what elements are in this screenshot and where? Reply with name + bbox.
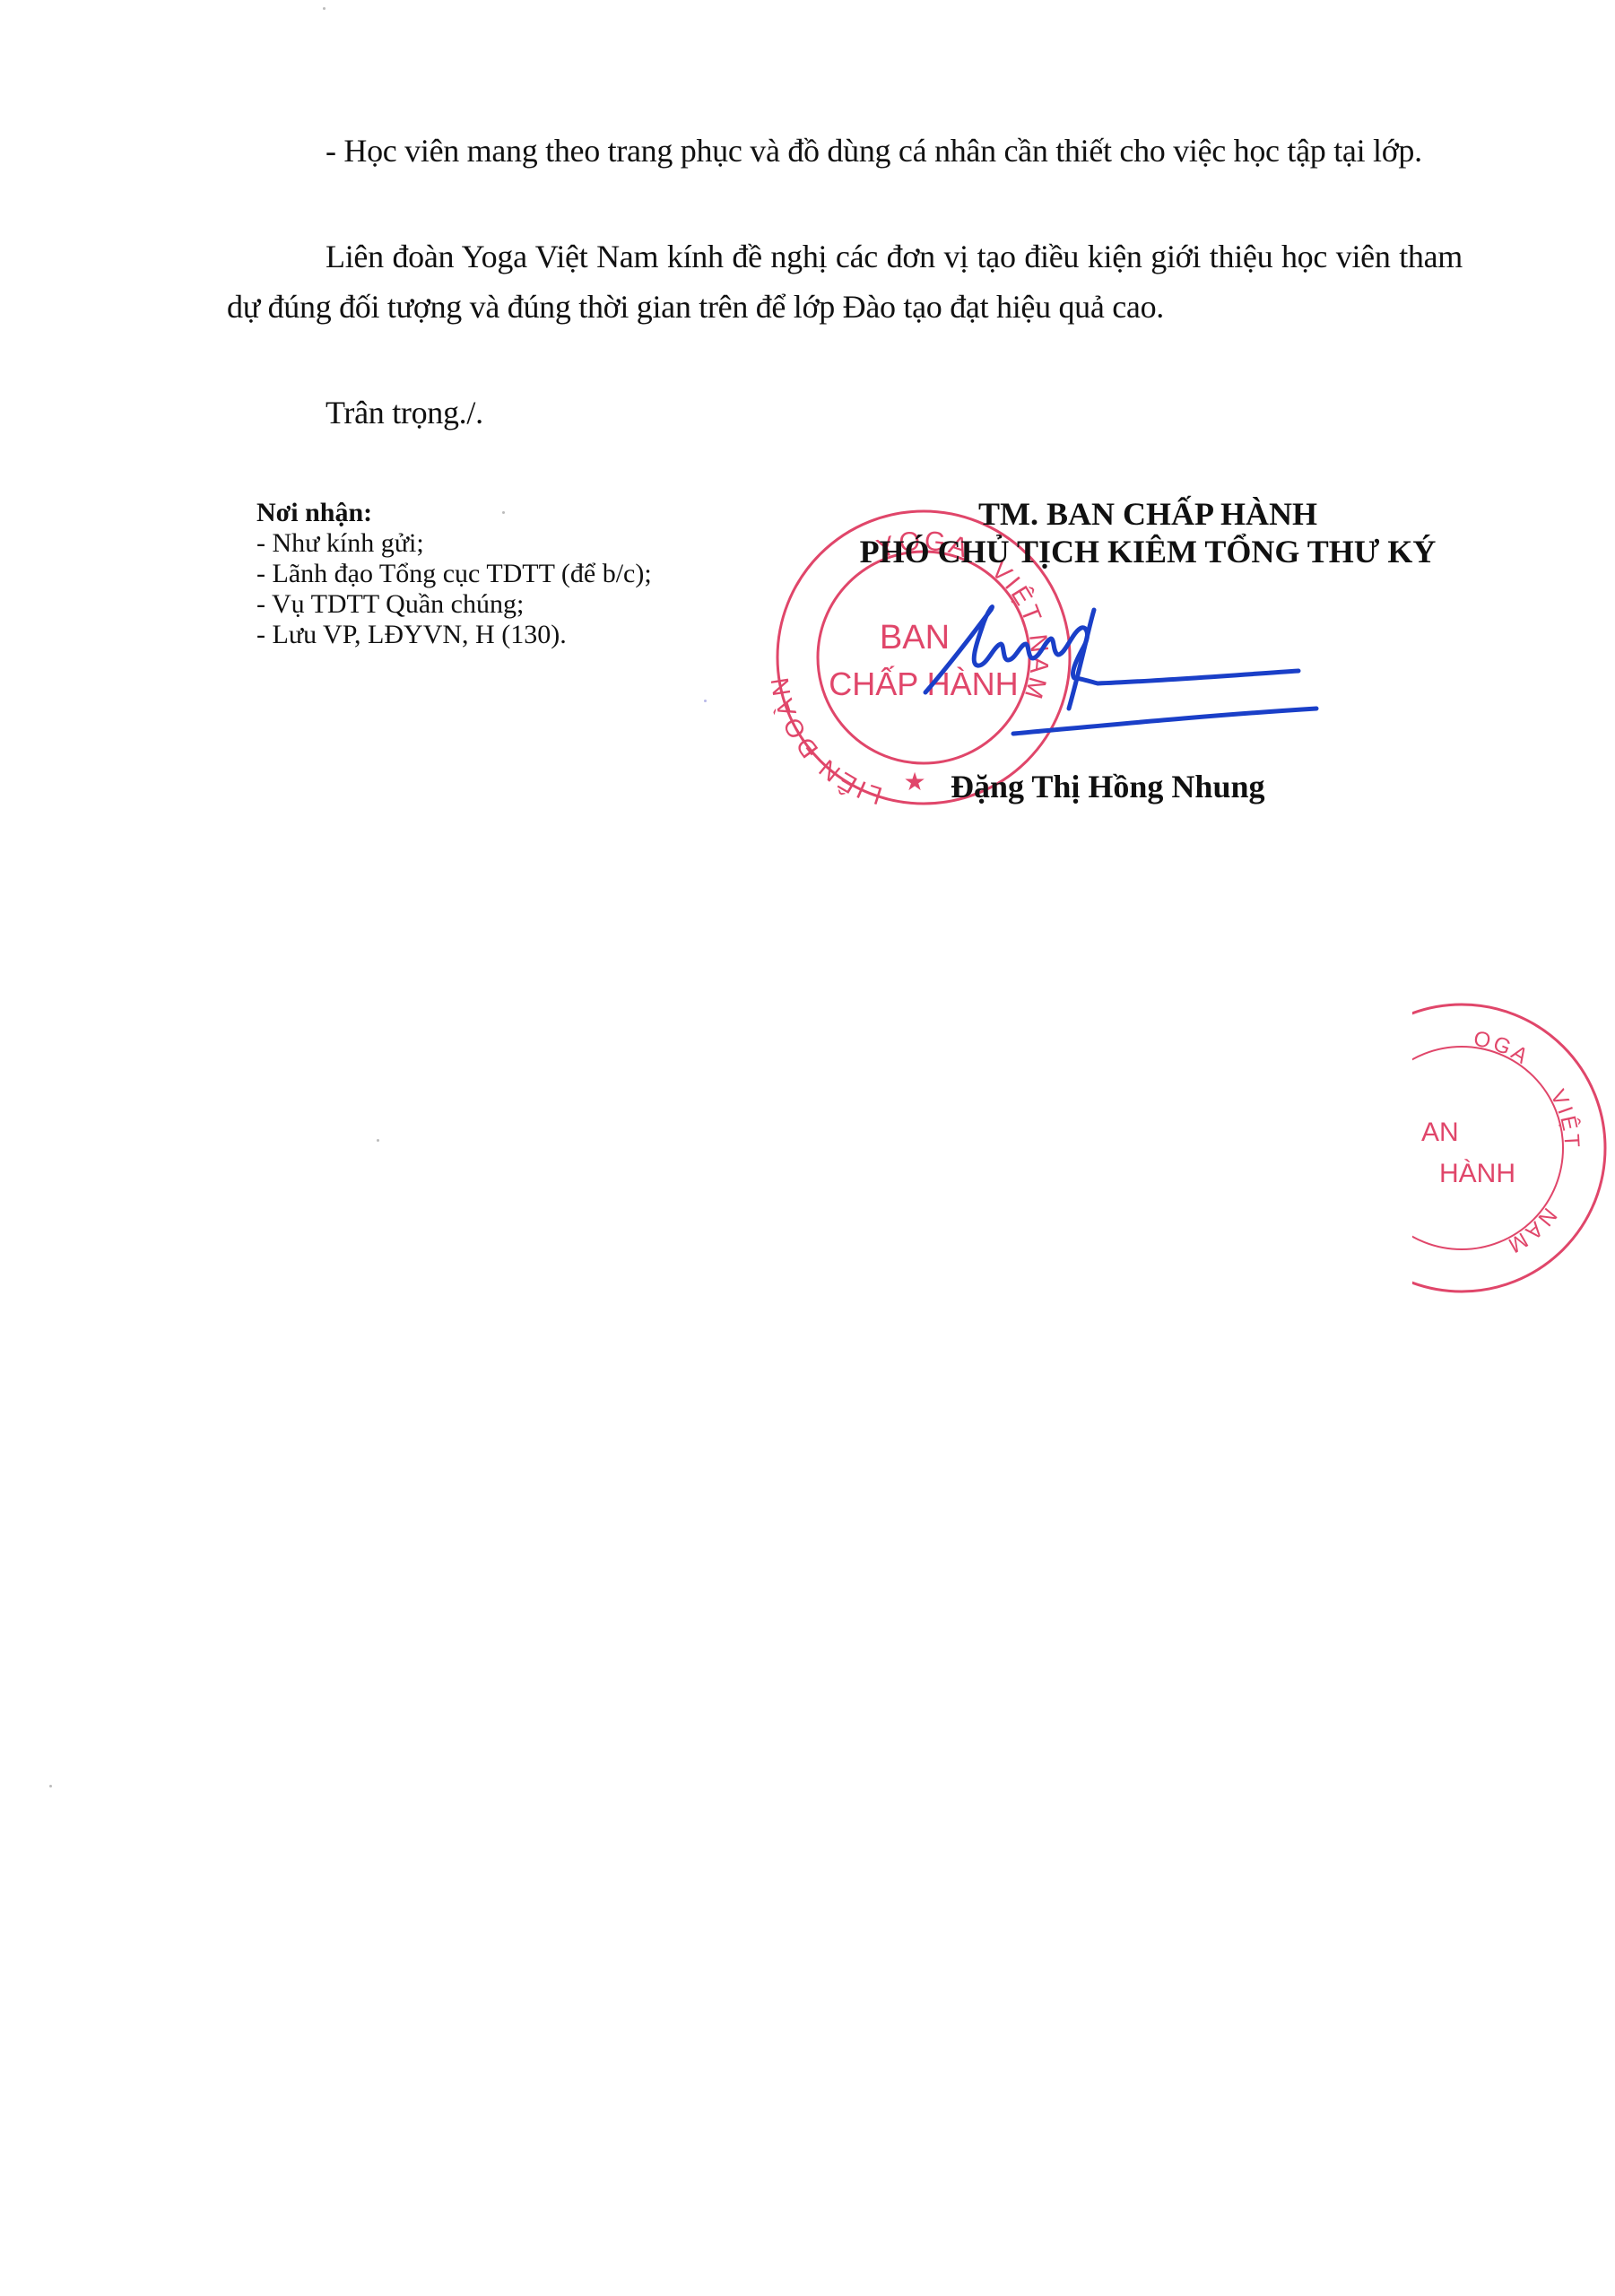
partial-stamp-center-2: HÀNH bbox=[1439, 1159, 1515, 1188]
document-page: - Học viên mang theo trang phục và đồ dù… bbox=[0, 0, 1615, 2296]
svg-text:OGA: OGA bbox=[1472, 1027, 1534, 1070]
scan-speck bbox=[49, 1785, 52, 1787]
signature-line-1: TM. BAN CHẤP HÀNH bbox=[789, 495, 1506, 533]
partial-stamp-text-top: OGA bbox=[1472, 1027, 1534, 1070]
recipient-item: - Lãnh đạo Tổng cục TDTT (để b/c); bbox=[256, 559, 652, 589]
paragraph-request: Liên đoàn Yoga Việt Nam kính đề nghị các… bbox=[227, 231, 1463, 332]
recipient-item: - Vụ TDTT Quần chúng; bbox=[256, 589, 652, 620]
scan-speck bbox=[502, 511, 505, 514]
paragraph-text: Liên đoàn Yoga Việt Nam kính đề nghị các… bbox=[227, 231, 1463, 332]
paragraph-personal-items: - Học viên mang theo trang phục và đồ dù… bbox=[227, 126, 1463, 176]
recipients-block: Nơi nhận: - Như kính gửi; - Lãnh đạo Tổn… bbox=[256, 498, 652, 650]
closing-line: Trân trọng./. bbox=[326, 387, 1561, 438]
scan-speck bbox=[377, 1139, 379, 1142]
paragraph-text: - Học viên mang theo trang phục và đồ dù… bbox=[227, 126, 1463, 176]
partial-stamp-text-right: VIỆT bbox=[1544, 1084, 1588, 1155]
signature-block: TM. BAN CHẤP HÀNH PHÓ CHỦ TỊCH KIÊM TỔNG… bbox=[789, 495, 1506, 570]
handwritten-signature bbox=[915, 592, 1345, 749]
svg-text:NAM: NAM bbox=[1498, 1200, 1564, 1261]
svg-text:VIỆT: VIỆT bbox=[1544, 1084, 1588, 1155]
signature-line-2: PHÓ CHỦ TỊCH KIÊM TỔNG THƯ KÝ bbox=[789, 533, 1506, 570]
scan-speck bbox=[704, 700, 707, 702]
scan-speck bbox=[323, 7, 326, 10]
signer-name: Đặng Thị Hồng Nhung bbox=[951, 768, 1265, 805]
recipient-item: - Như kính gửi; bbox=[256, 528, 652, 559]
recipient-item: - Lưu VP, LĐYVN, H (130). bbox=[256, 620, 652, 650]
closing-text: Trân trọng./. bbox=[326, 395, 483, 430]
partial-stamp-center-1: AN bbox=[1421, 1118, 1459, 1147]
star-icon: ★ bbox=[903, 769, 925, 796]
recipients-title: Nơi nhận: bbox=[256, 498, 652, 528]
partial-stamp-text-bottom: NAM bbox=[1498, 1200, 1564, 1261]
partial-stamp: OGA VIỆT NAM AN HÀNH bbox=[1412, 996, 1615, 1300]
